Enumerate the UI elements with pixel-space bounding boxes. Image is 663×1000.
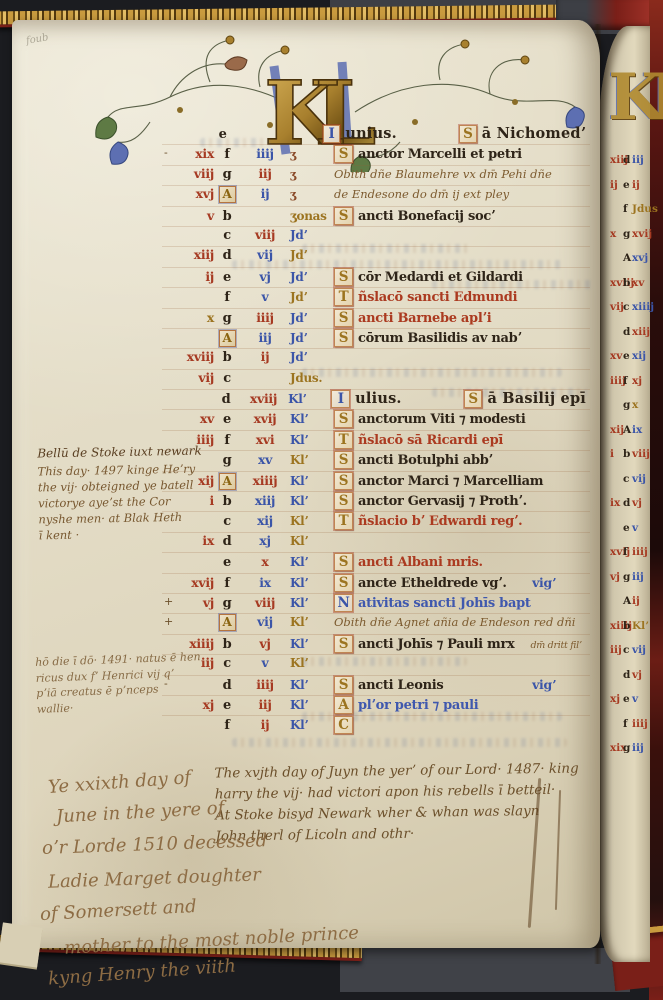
dominical-letter: d [214,534,240,549]
roman-numeral: iiij [632,718,648,730]
dominical-letter: b [214,637,240,652]
folio-mark: foub [25,32,49,47]
manuscript-photo: KL xiijdiijijeijfJdusxgxvijAxvjxviijbxvv… [0,0,663,1000]
dominical-letter: c [623,301,632,313]
calendar-row: exKlʼSancti Albani mris. [162,552,590,572]
feast-text: ancti Albani mris. [358,555,483,570]
obit-note: de Endesone do dm̄ ij ext pley [334,187,509,201]
calendar-row: -diiijKlʼSancti Leonisvigʼ [162,675,590,695]
golden-number: xvij [610,546,623,558]
dominical-letter: b [623,277,632,289]
calendar-row: +vjgviijKlʼNativitas sancti Johīs bapt [162,593,590,613]
feast-text: unius. [345,125,397,142]
facing-calendar-row: ibviij [610,448,650,472]
calendar-row: dxviijKlʼIulius.Sā Basilij epī [162,389,590,409]
dominical-letter-A: A [219,473,236,490]
feast-initial: T [334,512,353,530]
dominical-letter: g [214,311,240,326]
roman-numeral: xiij [632,326,650,338]
feast-initial: S [334,492,353,510]
dominical-letter: c [214,371,240,386]
dominical-letter: g [623,228,632,240]
kalend-label: Jdʼ [290,270,334,284]
roman-numeral: vj [632,669,642,681]
note-line: Ye xxixth day of [47,767,191,798]
roman-numeral: xvi [240,432,290,447]
feast-initial: T [334,288,353,306]
feast-text: plʼor petri ⁊ pauli [358,698,478,713]
feast-text: ancte Etheldrede vgʼ. [358,576,507,591]
calendar-row: xjeiijKlʼAplʼor petri ⁊ pauli [162,695,590,715]
dominical-letter: c [214,228,240,243]
dominical-letter: f [623,375,632,387]
note-line: the vij· obteigned ye batell [38,477,203,496]
dominical-letter: e [211,127,235,142]
kalend-label: Klʼ [288,392,331,406]
dominical-letter: c [214,514,240,529]
feast-initial: S [334,472,353,490]
calendar-row: xviijbijJdʼ [162,348,590,368]
dominical-letter: e [214,555,240,570]
facing-calendar-row: gx [610,399,650,423]
dominical-letter: e [623,693,632,705]
obit-addition: dm̄ dritt filʼ [530,640,581,651]
dominical-letter: g [623,399,632,411]
note-line: June in the yere of [56,798,225,828]
obit-note: Obith dñe Agnet añia de Endeson red dñi [334,615,575,629]
golden-number: xj [610,693,623,705]
feast-initial: S [334,451,353,469]
roman-numeral: vj [240,269,290,284]
page-edge-bottom-left [0,922,43,967]
golden-number: vij [610,301,623,313]
roman-numeral: x [240,554,290,569]
roman-numeral: Klʼ [632,620,649,632]
roman-numeral: vij [632,473,646,485]
kalend-label: Klʼ [290,514,334,528]
kalend-label: Jdʼ [290,311,334,325]
feast-initial: N [334,594,353,612]
feast-initial: S [334,635,353,653]
feast-text: cōr Medardi et Gildardi [358,270,523,285]
feast-text: anctor Marci ⁊ Marcelliam [358,474,543,489]
bottom-note-stoke-battle: The xvjth day of Juyn the yerʼ of our Lo… [214,758,579,847]
facing-calendar-row: ev [610,522,650,546]
facing-calendar-row: vijcxiiij [610,301,650,325]
feast-text: ñslacō sancti Edmundi [358,290,517,305]
feast-text: ativitas sancti Johīs bapt [358,596,531,611]
dominical-letter: c [623,644,632,656]
roman-numeral: ix [632,424,642,436]
feast-text: ancti Botulphi abbʼ [358,453,493,468]
dominical-letter: e [623,179,632,191]
roman-numeral: iiij [632,546,648,558]
roman-numeral: v [632,693,638,705]
dominical-letter-A: A [219,614,236,631]
roman-numeral: xj [632,375,642,387]
roman-numeral: v [240,289,290,304]
roman-numeral: vij [240,247,290,262]
feast-text: ancti Leonis [358,678,443,693]
dominical-letter: d [213,392,239,407]
dominical-letter: e [623,522,632,534]
kalend-label: Klʼ [290,596,334,610]
feast-text: anctorum Viti ⁊ modesti [358,412,525,427]
kalend-label: Jdʼ [290,228,334,242]
calendar-row: xvijfixKlʼSancte Etheldrede vgʼ.vigʼ [162,573,590,593]
golden-number: iij [610,644,623,656]
kalend-label: Klʼ [290,656,334,670]
kalend-label: Jdʼ [290,290,334,304]
dominical-letter: f [214,576,240,591]
facing-calendar-row: xgxvij [610,228,650,252]
feast-initial: S [334,309,353,327]
feast-initial: S [459,125,477,143]
facing-calendar-row: ijeij [610,179,650,203]
roman-numeral: vj [632,497,642,509]
dominical-letter: b [214,209,240,224]
roman-numeral: viij [632,448,650,460]
golden-number: ij [610,179,623,191]
calendar-row: fijKlʼC [162,715,590,735]
kalend-label: Klʼ [290,412,334,426]
calendar-row: xiiijbvjKlʼSancti Johīs ⁊ Pauli mrxdm̄ d… [162,634,590,654]
dominical-letter: c [623,473,632,485]
kalend-label: Jdus. [290,371,334,385]
roman-numeral: ij [632,595,640,607]
golden-number: x [610,228,623,240]
roman-numeral: vij [632,644,646,656]
feast-initial: I [323,125,341,143]
facing-calendar-row: ixdvj [610,497,650,521]
note-line: nyshe men· at Blak Heth [38,509,203,528]
calendar-rows: eIunius.Sā Nichomedʼ-xixfiiijʒSanctor Ma… [162,125,590,736]
dominical-letter: c [214,656,240,671]
roman-numeral: iij [240,697,290,712]
dominical-letter: d [623,497,632,509]
facing-kl-monogram: KL [608,60,663,135]
calendar-row: xiijdvijJdʼ [162,246,590,266]
golden-number: xvij [162,575,214,590]
dominical-letter: A [623,424,632,436]
roman-numeral: iij [632,742,644,754]
facing-calendar-row: iiijfxj [610,375,650,399]
facing-calendar-row: xjev [610,693,650,717]
golden-number: xviij [610,277,623,289]
feast-initial: S [334,553,353,571]
roman-numeral: v [632,522,638,534]
obit-note: Obith dñe Blaumehre vx dm̄ Pehi dñe [334,167,552,181]
golden-number: i [610,448,623,460]
kalend-label: Jdʼ [290,350,334,364]
golden-number: v [162,208,214,223]
roman-numeral: ij [632,179,640,191]
dominical-letter: f [214,147,240,162]
dominical-letter: f [623,718,632,730]
dominical-letter: b [214,350,240,365]
golden-number: iiij [610,375,623,387]
kalend-label: Klʼ [290,678,334,692]
kalend-label: Klʼ [290,576,334,590]
kalend-label: ʒonas [290,209,334,223]
roman-numeral: xv [240,452,290,467]
dominical-letter: b [623,448,632,460]
roman-numeral: iij [632,154,644,166]
dominical-letter: g [214,453,240,468]
kalend-label: Jdʼ [290,248,334,262]
roman-numeral: ij [240,349,290,364]
kalend-label: Klʼ [290,534,334,548]
roman-numeral: xvij [240,411,290,426]
note-line: kyng Henry the viith [47,955,236,989]
calendar-row: ijevjJdʼScōr Medardi et Gildardi [162,267,590,287]
golden-number: xij [610,424,623,436]
golden-number: vij [162,370,214,385]
dominical-letter: f [623,203,632,215]
roman-numeral: xviij [239,391,288,406]
calendar-row: iijcvKlʼ [162,654,590,674]
kalend-label: Klʼ [290,718,334,732]
kalend-label: Klʼ [290,615,334,629]
roman-numeral: x [632,399,638,411]
dominical-letter: d [214,248,240,263]
dominical-letter: A [623,595,632,607]
facing-calendar-row: iijcvij [610,644,650,668]
calendar-row: +AvijKlʼObith dñe Agnet añia de Endeson … [162,613,590,633]
binding-right-edge [649,0,663,1000]
golden-number: xvj [162,186,214,201]
feast-text: ancti Barnebe aplʼi [358,311,491,326]
roman-numeral: ix [240,575,290,590]
calendar-row: eIunius.Sā Nichomedʼ [162,125,590,144]
feast-text: anctor Gervasij ⁊ Prothʼ. [358,494,527,509]
facing-calendar-row: xiijdiij [610,154,650,178]
golden-number: xix [162,146,214,161]
calendar-row: vijcJdus. [162,369,590,389]
margin-note-stoke-blackheath: Bellū de Stoke iuxt newarkThis day· 1497… [37,443,203,544]
kalend-label: Klʼ [290,494,334,508]
facing-calendar-row: fJdus [610,203,650,227]
dominical-letter: A [214,473,240,490]
facing-calendar-row: dvj [610,669,650,693]
roman-numeral: vj [240,636,290,651]
roman-numeral: xv [632,277,644,289]
feast-text: ā Basilij epī [487,390,586,407]
facing-calendar-row: xvijfiiij [610,546,650,570]
feast-text: ancti Johīs ⁊ Pauli mrx [358,637,514,652]
feast-initial: S [334,574,353,592]
roman-numeral: iiij [240,677,290,692]
golden-number: xv [610,350,623,362]
dominical-letter: A [214,614,240,631]
feast-text: ñslacio bʼ Edwardi regʼ. [358,514,522,529]
manuscript-page: foub [12,20,600,948]
calendar-row: cviijJdʼ [162,226,590,246]
dominical-letter: b [214,494,240,509]
calendar-row: iiijfxviKlʼTñslacō sā Ricardi epī [162,430,590,450]
facing-calendar-row: xvexij [610,350,650,374]
golden-number: xviij [162,349,214,364]
roman-numeral: xij [632,350,646,362]
roman-numeral: iij [240,166,290,181]
golden-number: viij [162,166,214,181]
dominical-letter: A [214,186,240,203]
dominical-letter: f [214,290,240,305]
feast-text: cōrum Basilidis av nabʼ [358,331,522,346]
dominical-letter: e [623,350,632,362]
bleedthrough [232,738,567,747]
note-line: ī kent · [39,525,204,544]
feast-text: ñslacō sā Ricardi epī [358,433,503,448]
calendar-row: xijAxiiijKlʼSanctor Marci ⁊ Marcelliam [162,471,590,491]
feast-initial: T [334,431,353,449]
dominical-letter: d [623,154,632,166]
dominical-letter: f [623,546,632,558]
facing-calendar-row: dxiij [610,326,650,350]
feast-initial: S [334,329,353,347]
kalend-label: ʒ [290,168,334,181]
feast-text: ancti Bonefacij socʼ [358,209,495,224]
dominical-letter: e [214,270,240,285]
calendar-row: -xixfiiijʒSanctor Marcelli et petri [162,144,590,164]
feast-initial: I [331,390,350,408]
dominical-letter: d [623,669,632,681]
roman-numeral: xiij [240,493,290,508]
kalend-label: ʒ [290,148,334,161]
feast-initial: S [464,390,483,408]
golden-number: xiiij [162,636,214,651]
roman-numeral: viij [240,595,290,610]
dominical-letter: e [214,412,240,427]
facing-calendar-row: xiiijbKlʼ [610,620,650,644]
golden-number: x [162,310,214,325]
facing-calendar-row: vjgiij [610,571,650,595]
dominical-letter: A [214,330,240,347]
kalend-label: Klʼ [290,474,334,488]
feast-initial: C [334,716,353,734]
facing-calendar-row: xviijbxv [610,277,650,301]
dominical-letter: g [214,596,240,611]
roman-numeral: xiiij [632,301,654,313]
calendar-row: ixdxjKlʼ [162,532,590,552]
roman-numeral: iij [632,571,644,583]
roman-numeral: iiij [240,146,290,161]
facing-calendar-row: Axvj [610,252,650,276]
dominical-letter: d [623,326,632,338]
dominical-letter: A [623,252,632,264]
golden-number: xiij [162,247,214,262]
golden-number: xiij [610,154,623,166]
kalend-label: Klʼ [290,433,334,447]
note-line: of Somersett and [40,896,198,925]
calendar-row: fvJdʼTñslacō sancti Edmundi [162,287,590,307]
note-line: John therl of Licoln and othr· [215,821,579,847]
roman-numeral: viij [240,227,290,242]
dominical-letter: g [214,167,240,182]
calendar-row: cxijKlʼTñslacio bʼ Edwardi regʼ. [162,511,590,531]
background-cloth-bottom [340,948,630,992]
calendar-row: vbʒonasSancti Bonefacij socʼ [162,206,590,226]
facing-calendar-row: Aij [610,595,650,619]
golden-number: xv [162,411,214,426]
roman-numeral: v [240,655,290,670]
facing-calendar-row: fiiij [610,718,650,742]
feast-initial: A [334,696,353,714]
dominical-letter: g [623,571,632,583]
note-line: Ladie Marget doughter [48,864,261,892]
dominical-letter: g [623,742,632,754]
facing-calendar-row: xixgiij [610,742,650,766]
feast-initial: S [334,410,353,428]
kalend-label: Klʼ [290,453,334,467]
golden-number: xiiij [610,620,623,632]
roman-numeral: xij [240,513,290,528]
roman-numeral: ij [240,717,290,732]
vigil-note: vigʼ [532,575,590,590]
calendar-row: xgiiijJdʼSancti Barnebe aplʼi [162,308,590,328]
calendar-row: xvjAijʒde Endesone do dm̄ ij ext pley [162,185,590,205]
kalend-label: Klʼ [290,698,334,712]
vigil-note: vigʼ [532,677,590,692]
dominical-letter: b [623,620,632,632]
roman-numeral: iij [240,330,290,345]
dominical-letter: e [214,698,240,713]
margin-mark: - [164,146,167,159]
margin-mark: + [164,595,173,608]
kalend-label: Klʼ [290,637,334,651]
calendar-row: gxvKlʼSancti Botulphi abbʼ [162,450,590,470]
roman-numeral: xiiij [240,473,290,488]
feast-text: ulius. [355,390,402,407]
feast-initial: S [334,145,353,163]
calendar-row: viijgiijʒObith dñe Blaumehre vx dm̄ Pehi… [162,165,590,185]
roman-numeral: iiij [240,310,290,325]
dominical-letter: d [214,678,240,693]
dominical-letter-A: A [219,186,236,203]
feast-initial: S [334,207,353,225]
roman-numeral: xvij [632,228,652,240]
roman-numeral: vij [240,614,290,629]
kalend-label: ʒ [290,188,334,201]
calendar-row: xvexvijKlʼSanctorum Viti ⁊ modesti [162,409,590,429]
calendar-row: ibxiijKlʼSanctor Gervasij ⁊ Prothʼ. [162,491,590,511]
kalend-label: Klʼ [290,555,334,569]
note-line: Bellū de Stoke iuxt newark [37,443,202,462]
roman-numeral: ij [240,186,290,201]
kalend-label: Jdʼ [290,331,334,345]
roman-numeral: xj [240,533,290,548]
facing-calendar-row: xijAix [610,424,650,448]
dominical-letter: f [214,433,240,448]
feast-text: anctor Marcelli et petri [358,147,522,162]
margin-note-henry-viii-birth: hō die ī dō· 1491· natus ē henricus dux … [35,649,202,717]
feast-initial: S [334,676,353,694]
golden-number: xix [610,742,623,754]
facing-calendar-row: cvij [610,473,650,497]
note-line: oʼr Lorde 1510 decessed [42,830,268,859]
dominical-letter-A: A [219,330,236,347]
facing-page-edge: KL xiijdiijijeijfJdusxgxvijAxvjxviijbxvv… [598,26,650,962]
golden-number: ij [162,269,214,284]
feast-text: ā Nichomedʼ [482,125,586,142]
roman-numeral: Jdus [632,203,658,215]
dominical-letter: f [214,718,240,733]
roman-numeral: xvj [632,252,648,264]
calendar-row: AiijJdʼScōrum Basilidis av nabʼ [162,328,590,348]
feast-initial: S [334,268,353,286]
margin-mark: + [164,615,173,628]
golden-number: ix [610,497,623,509]
